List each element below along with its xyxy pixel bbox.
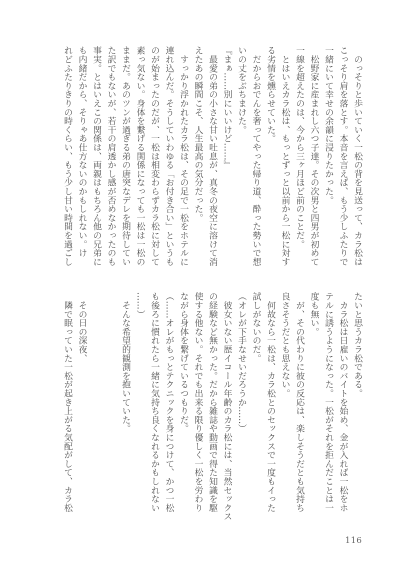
- text-column: たいと思うカラ松である。: [350, 292, 365, 514]
- text-column: のが始まったのだが、一松は相変わらずカラ松に対して: [147, 46, 162, 268]
- text-column: る劣情を燻らせていた。: [263, 46, 278, 268]
- text-column: テルに誘うようになった。一松がそれを拒んだことは一: [321, 292, 336, 514]
- text-column: いの丈をぶちまけた。: [234, 46, 249, 268]
- text-column: 隣で眠っていた一松が起き上がる気配がして、カラ松: [60, 292, 75, 514]
- monologue-column: （……オレがもっとテクニックを身につけて、かつ一松: [161, 292, 176, 514]
- monologue-column: （オレが下手なせいだろうか……）: [234, 292, 249, 514]
- text-column: 連れ込んだ。そうしていわゆる「お付き合い」というも: [161, 46, 176, 268]
- monologue-column: ……）: [132, 292, 147, 514]
- text-column: だからおでんを奢ってやった帰り道、酔った勢いで想: [248, 46, 263, 268]
- text-column: えたあの瞬間こそ、人生最高の気分だった。: [190, 46, 205, 268]
- text-column: が、その代わりに彼の反応は、楽しそうだとも気持ち: [292, 292, 307, 514]
- text-column: の経験など無かった。だから雑誌や動画で得た知識を駆: [205, 292, 220, 514]
- text-column: 試しがないのだ。: [248, 292, 263, 514]
- text-column: 一緒にいて幸せの余韻に浸りたかった。: [321, 46, 336, 268]
- book-page: のっそりと歩いていく一松の背を見送って、カラ松は こっそり肩を落とす。本音を言え…: [0, 0, 400, 568]
- text-column: 素っ気ない。身体を繋げる関係になっても一松は一松の: [132, 46, 147, 268]
- text-column: 使する他ない。それでも出来る限り優しく一松を労わり: [190, 292, 205, 514]
- text-column: こっそり肩を落とす。本音を言えば、もう少しふたりで: [335, 46, 350, 268]
- text-column: 松野家に産まれし六つ子達。その次男と四男が初めて: [306, 46, 321, 268]
- text-column: も内緒だから、そりゃあ仕方ないのかもしれない。け: [74, 46, 89, 268]
- text-column: 彼女いない歴イコール年齢のカラ松には、当然セックス: [219, 292, 234, 514]
- text-column: 良さそうだとも思えない。: [277, 292, 292, 514]
- text-column: 何故なら一松は、カラ松とのセックスで一度もイった: [263, 292, 278, 514]
- scene-break-blank: [103, 292, 118, 514]
- upper-text-tier: のっそりと歩いていく一松の背を見送って、カラ松は こっそり肩を落とす。本音を言え…: [60, 46, 365, 268]
- monologue-column: も後ろに慣れたら一緒に気持ち良くなれるかもしれない: [147, 292, 162, 514]
- page-number: 116: [345, 536, 362, 546]
- text-column: カラ松は日雇いのバイトを始め、金が入れば一松をホ: [335, 292, 350, 514]
- text-column: た訳でもないが、若干の肩透かし感が否めなかったのも: [103, 46, 118, 268]
- text-column: すっかり浮かれたカラ松は、その足で一松をホテルに: [176, 46, 191, 268]
- dialogue-column: 『まぁ……別にいいけど……』: [219, 46, 234, 268]
- scene-break-blank: [89, 292, 104, 514]
- text-column: れどふたりきりの時くらい、もう少し甘い時間を過ごし: [60, 46, 75, 268]
- text-column: ながら身体を繋げているつもりだ。: [176, 292, 191, 514]
- lower-text-tier: たいと思うカラ松である。 カラ松は日雇いのバイトを始め、金が入れば一松をホ テル…: [60, 292, 365, 514]
- text-column: 一線を超えたのは、今から三ヶ月ほど前のことだ。: [292, 46, 307, 268]
- text-column: そんな希望的観測を抱いていた。: [118, 292, 133, 514]
- text-column: のっそりと歩いていく一松の背を見送って、カラ松は: [350, 46, 365, 268]
- text-column: 度も無い。: [306, 292, 321, 514]
- text-column: 最愛の弟の小さな甘い吐息が、真冬の夜空に溶けて消: [205, 46, 220, 268]
- text-column: ままだ。あのツンが過ぎる弟の唐突なデレを期待してい: [118, 46, 133, 268]
- text-column: とはいえカラ松は、もっとずっと以前から一松に対す: [277, 46, 292, 268]
- text-column: 事実。とはいえこの関係は、両親はもちろん他の兄弟に: [89, 46, 104, 268]
- text-column: その日の深夜、: [74, 292, 89, 514]
